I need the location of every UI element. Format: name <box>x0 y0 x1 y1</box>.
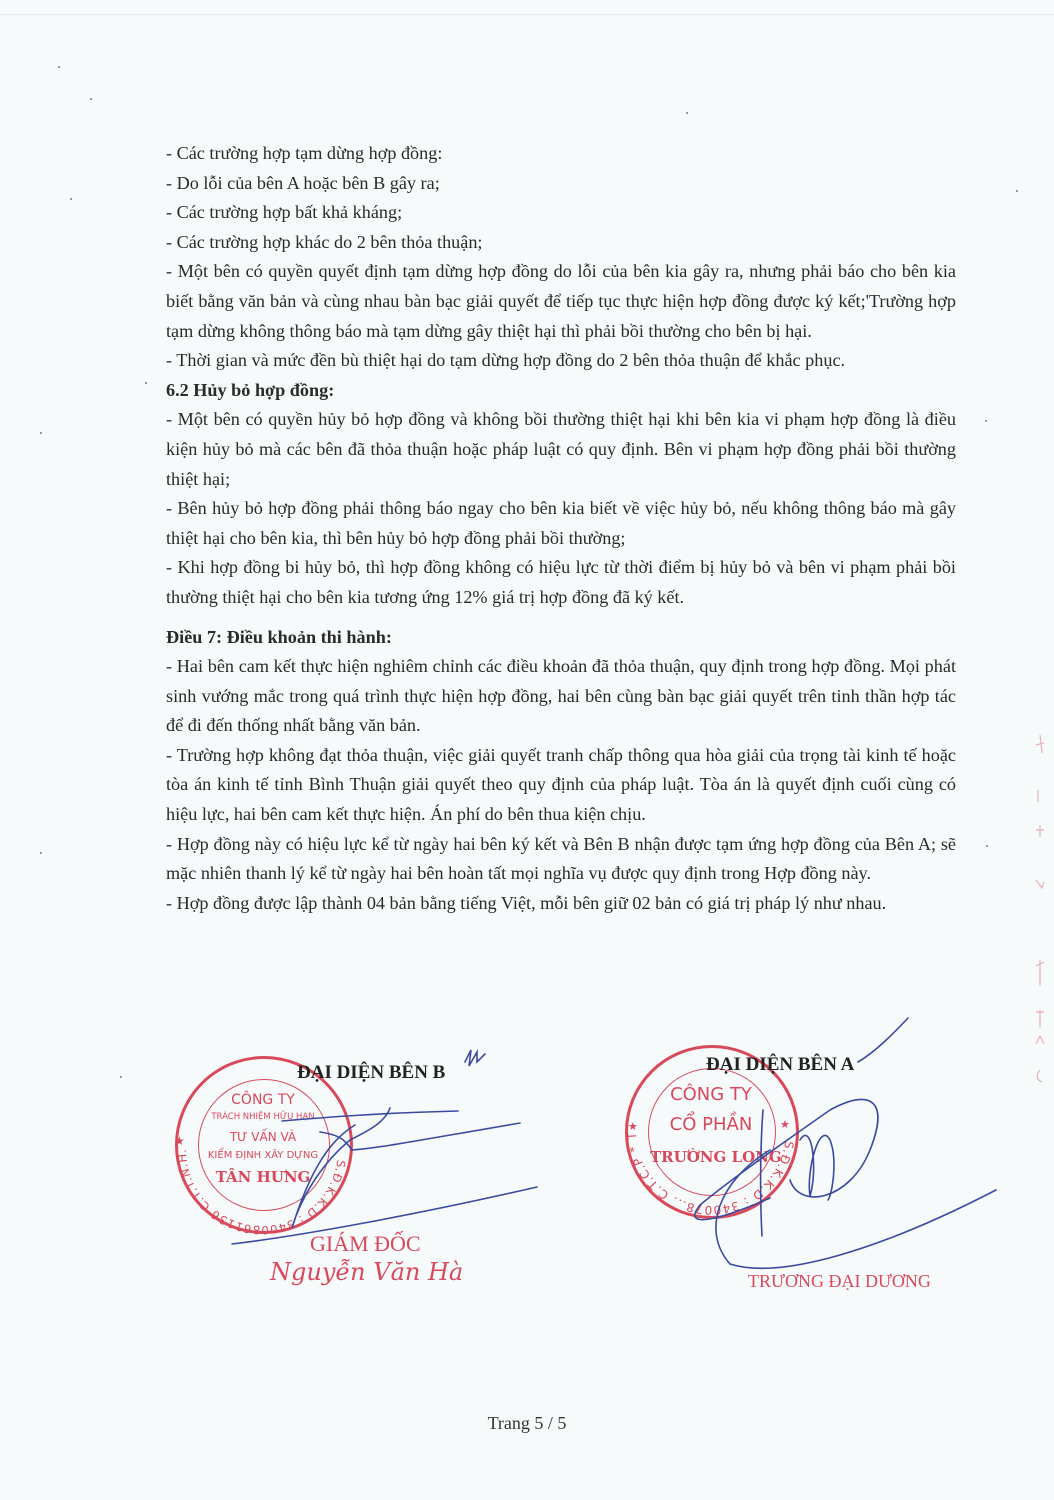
edge-seal-strokes <box>0 0 1054 1500</box>
page-number: Trang 5 / 5 <box>0 1413 1054 1434</box>
